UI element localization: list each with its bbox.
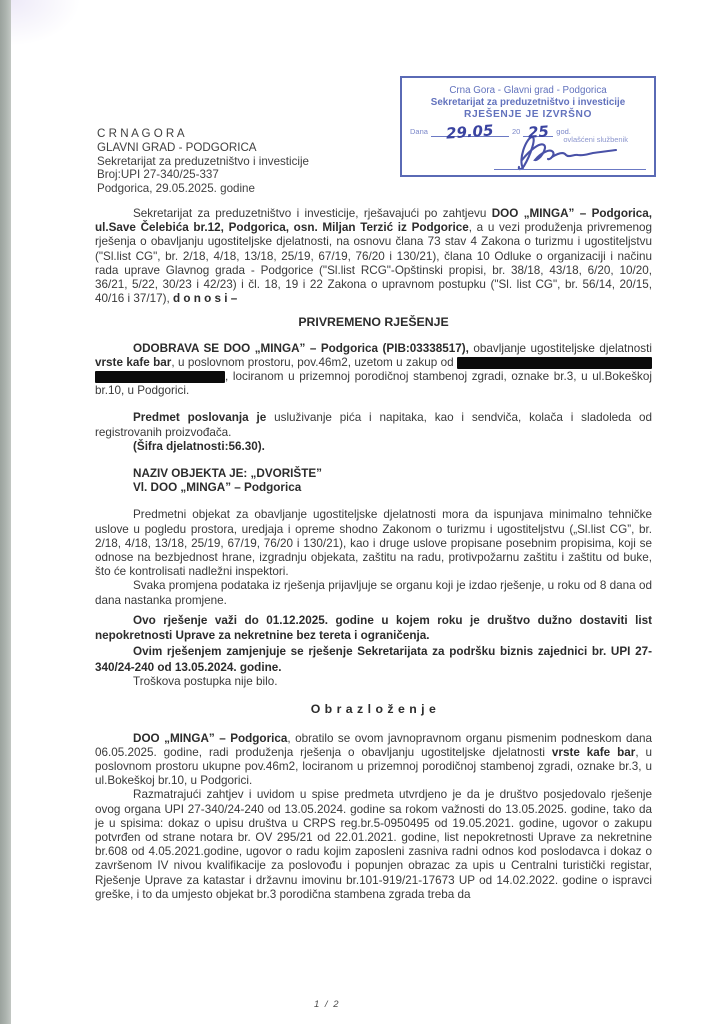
stamp-date-label: Dana [410,127,428,137]
executed-stamp: Crna Gora - Glavni grad - Podgorica Sekr… [400,76,656,177]
letterhead-country: C R N A G O R A [97,127,309,141]
paragraph-conditions: Predmetni objekat za obavljanje ugostite… [95,508,652,579]
document-title: PRIVREMENO RJEŠENJE [95,315,652,329]
object-name-line1: NAZIV OBJEKTA JE: „DVORIŠTE” [133,467,652,481]
signature-line [494,169,646,170]
letterhead: C R N A G O R A GLAVNI GRAD - PODGORICA … [97,127,309,196]
letterhead-ref-number: Broj:UPI 27-340/25-337 [97,168,309,182]
document-body: Sekretarijat za preduzetništvo i investi… [95,207,652,902]
redaction-bar [95,371,225,383]
letterhead-city: GLAVNI GRAD - PODGORICA [97,141,309,155]
scanner-edge-strip [0,0,11,1024]
paragraph-activity-code: (Šifra djelatnosti:56.30). [95,440,652,454]
paragraph-replacement: Ovim rješenjem zamjenjuje se rješenje Se… [95,644,652,675]
reasoning-heading: O b r a z l o ž e n j e [95,702,652,716]
scan-corner-tint [11,0,81,46]
paragraph-approval: ODOBRAVA SE DOO „MINGA” – Podgorica (PIB… [95,342,652,399]
paragraph-intro: Sekretarijat za preduzetništvo i investi… [95,207,652,306]
paragraph-costs: Troškova postupka nije bilo. [95,675,652,689]
paragraph-validity: Ovo rješenje važi do 01.12.2025. godine … [95,613,652,644]
signature-icon [506,130,624,172]
paragraph-request: DOO „MINGA” – Podgorica, obratilo se ovo… [95,732,652,789]
stamp-line-secretariat: Sekretarijat za preduzetništvo i investi… [402,97,654,109]
letterhead-department: Sekretarijat za preduzetništvo i investi… [97,155,309,169]
paragraph-review: Razmatrajući zahtjev i uvidom u spise pr… [95,788,652,902]
letterhead-place-date: Podgorica, 29.05.2025. godine [97,182,309,196]
page-number: 1 / 2 [0,999,654,1010]
stamp-line-authority: Crna Gora - Glavni grad - Podgorica [402,85,654,97]
stamp-signature-area: ovlašćeni službenik [486,132,646,172]
stamp-line-executed: RJEŠENJE JE IZVRŠNO [402,108,654,121]
paragraph-subject: Predmet poslovanja je usluživanje pića i… [95,411,652,439]
redaction-bar [457,357,652,369]
paragraph-change-notice: Svaka promjena podataka iz rješenja prij… [95,579,652,607]
document-page: C R N A G O R A GLAVNI GRAD - PODGORICA … [0,0,724,1024]
object-name-line2: Vl. DOO „MINGA” – Podgorica [133,481,652,495]
